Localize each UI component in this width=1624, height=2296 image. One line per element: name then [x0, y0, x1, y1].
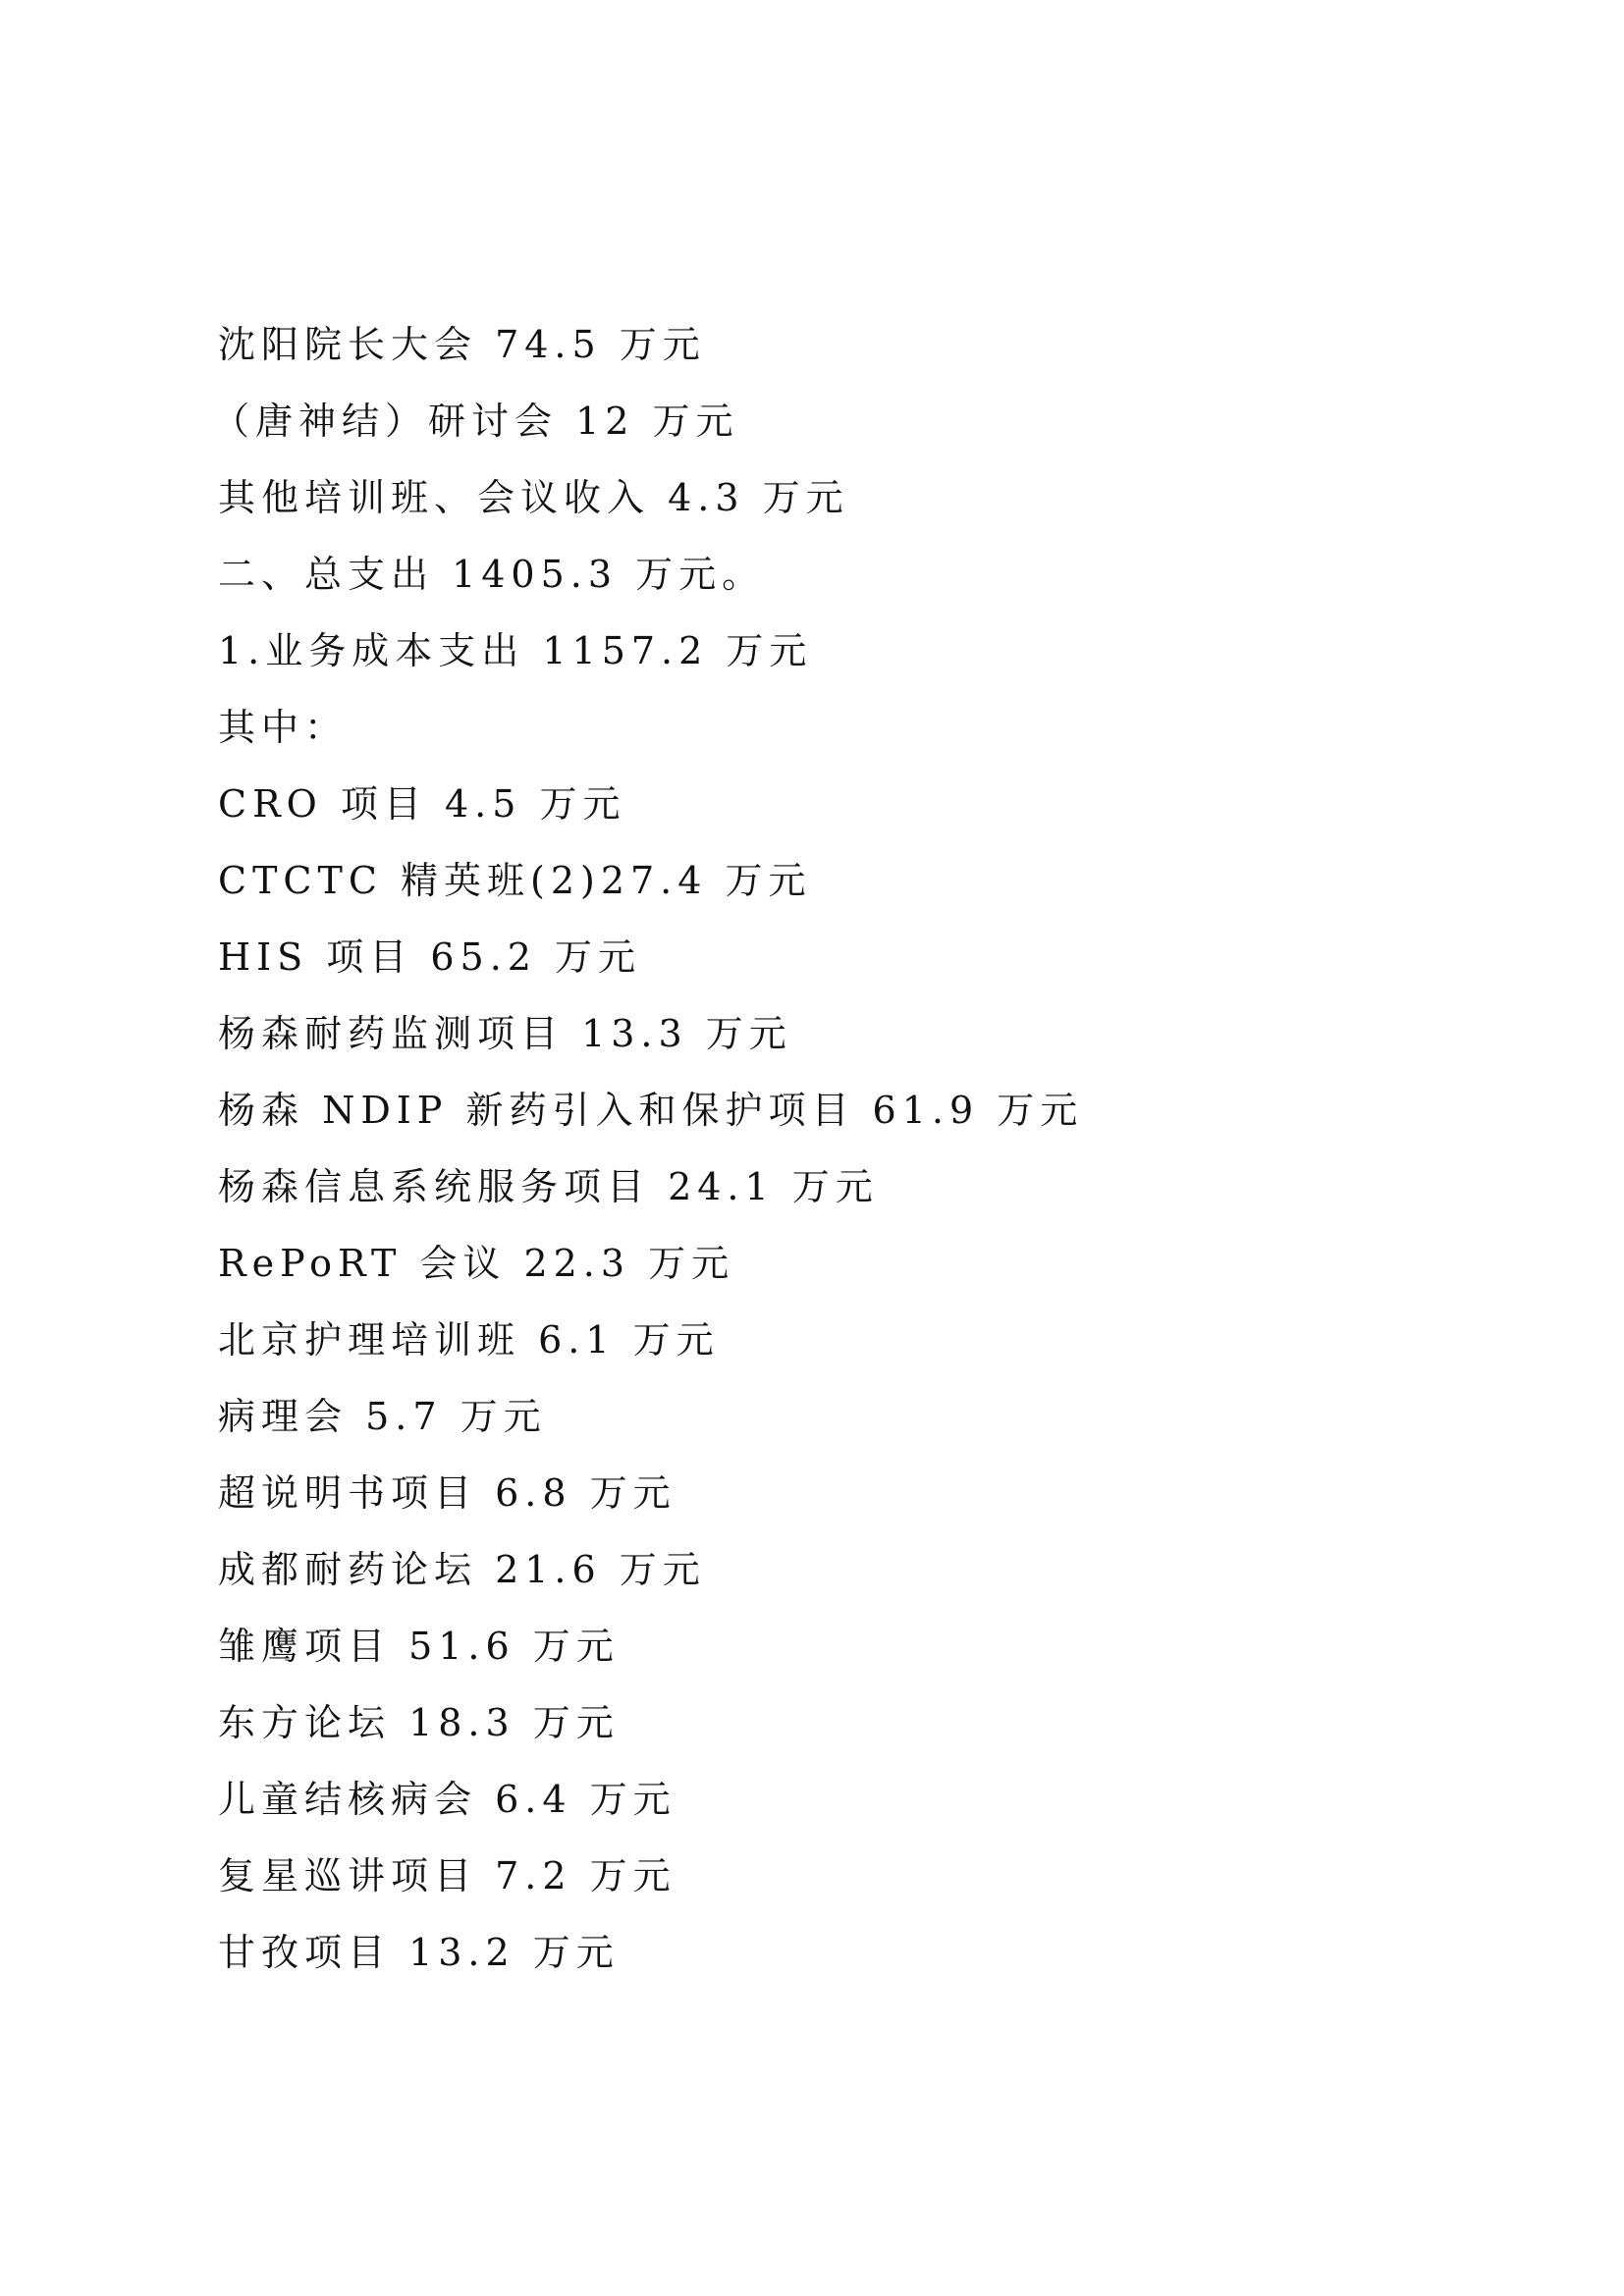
expense-item-childhood-tb-meeting: 儿童结核病会 6.4 万元 — [218, 1761, 1396, 1838]
expense-item-his: HIS 项目 65.2 万元 — [218, 919, 1396, 995]
expense-item-ctctc: CTCTC 精英班(2)27.4 万元 — [218, 842, 1396, 919]
income-item-shenyang-president-conference: 沈阳院长大会 74.5 万元 — [218, 306, 1396, 383]
section-heading-total-expenditure: 二、总支出 1405.3 万元。 — [218, 536, 1396, 613]
expense-item-off-label: 超说明书项目 6.8 万元 — [218, 1455, 1396, 1531]
income-item-other-training: 其他培训班、会议收入 4.3 万元 — [218, 459, 1396, 536]
expense-item-report-meeting: RePoRT 会议 22.3 万元 — [218, 1225, 1396, 1302]
expense-item-ganzi: 甘孜项目 13.2 万元 — [218, 1914, 1396, 1991]
income-item-tang-shenjie-seminar: （唐神结）研讨会 12 万元 — [212, 383, 1396, 459]
expense-item-janssen-ndip: 杨森 NDIP 新药引入和保护项目 61.9 万元 — [218, 1072, 1396, 1148]
document-body: 沈阳院长大会 74.5 万元 （唐神结）研讨会 12 万元 其他培训班、会议收入… — [218, 306, 1396, 1991]
expense-item-oriental-forum: 东方论坛 18.3 万元 — [218, 1684, 1396, 1761]
expense-item-chengdu-forum: 成都耐药论坛 21.6 万元 — [218, 1531, 1396, 1608]
expense-item-beijing-nursing-training: 北京护理培训班 6.1 万元 — [218, 1302, 1396, 1378]
label-of-which: 其中： — [218, 689, 1396, 766]
expense-item-young-eagle: 雏鹰项目 51.6 万元 — [218, 1608, 1396, 1684]
document-page: 沈阳院长大会 74.5 万元 （唐神结）研讨会 12 万元 其他培训班、会议收入… — [0, 0, 1624, 2296]
expense-item-janssen-info-system: 杨森信息系统服务项目 24.1 万元 — [218, 1148, 1396, 1225]
expense-item-fosun-lecture-tour: 复星巡讲项目 7.2 万元 — [218, 1838, 1396, 1914]
expense-item-pathology-meeting: 病理会 5.7 万元 — [218, 1378, 1396, 1455]
expense-item-janssen-resistance-monitoring: 杨森耐药监测项目 13.3 万元 — [218, 995, 1396, 1072]
subheading-business-cost: 1.业务成本支出 1157.2 万元 — [218, 613, 1396, 689]
expense-item-cro: CRO 项目 4.5 万元 — [218, 766, 1396, 842]
